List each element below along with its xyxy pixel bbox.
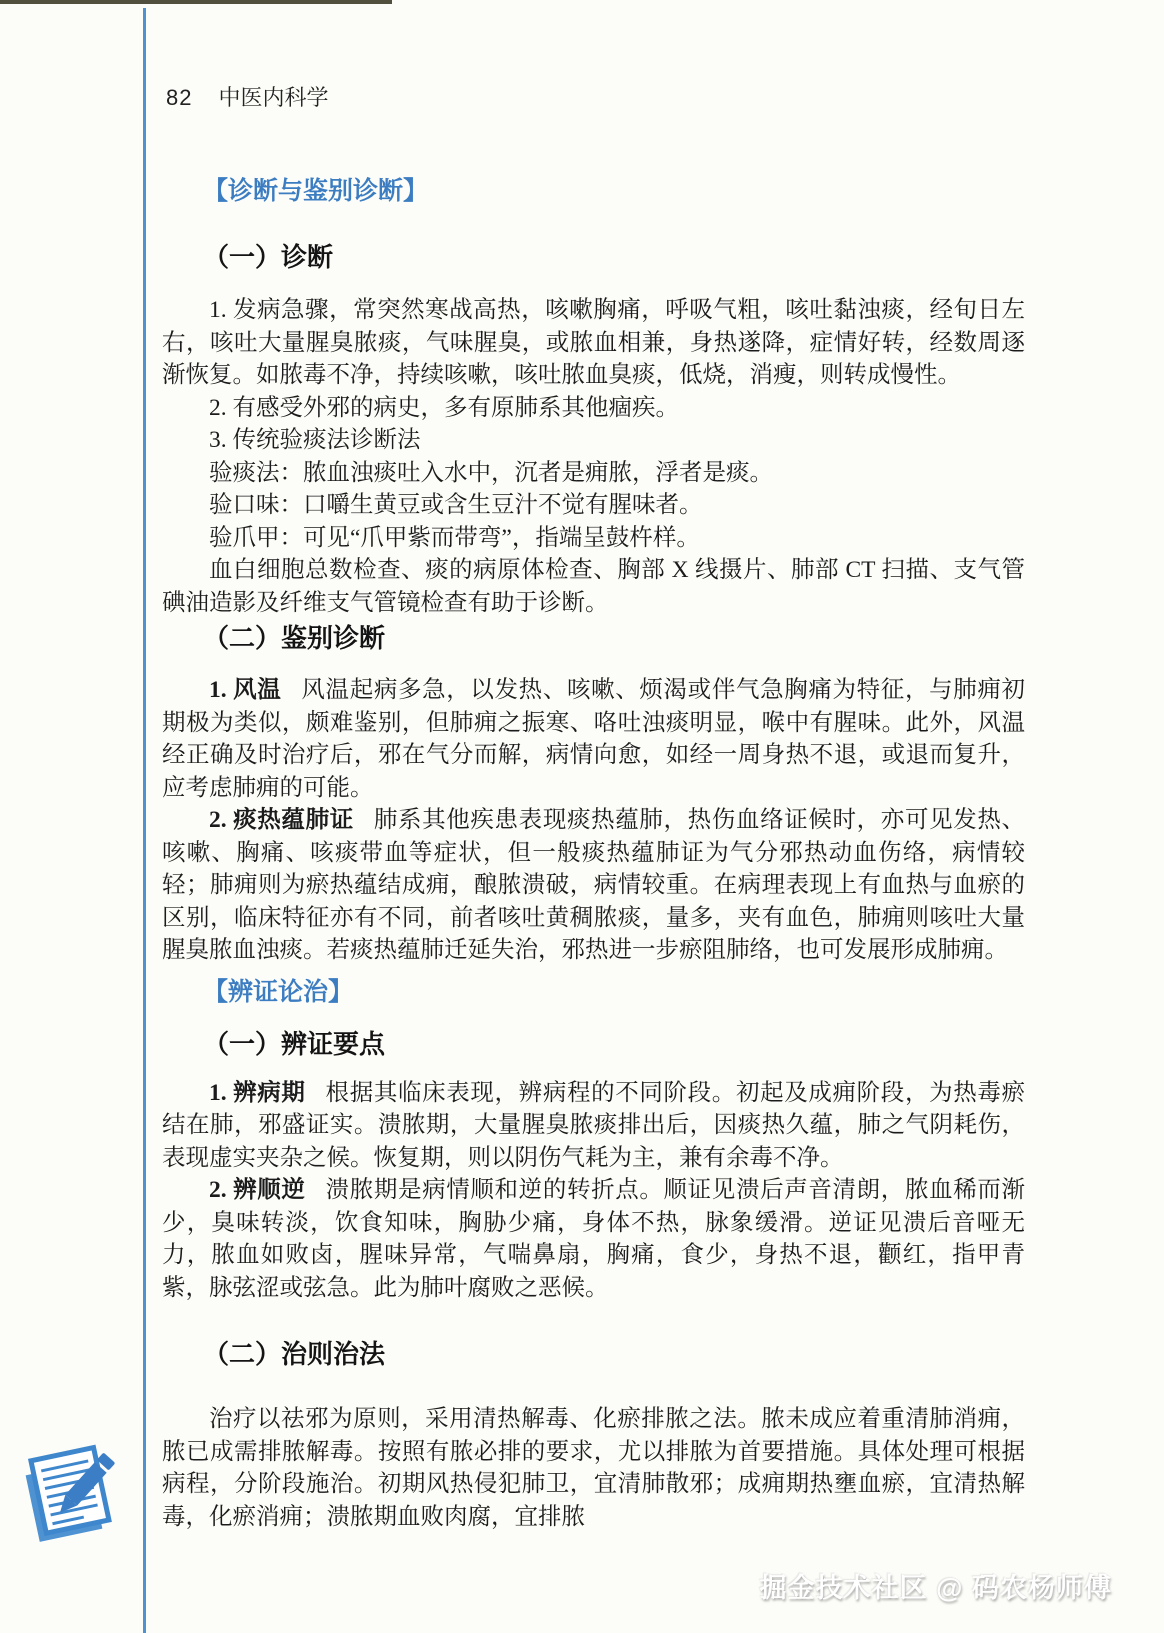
subsection-heading-treatment-principles: （二）治则治法 <box>162 1338 1025 1372</box>
paragraph-lab-exams: 血白细胞总数检查、痰的病原体检查、胸部 X 线摄片、肺部 CT 扫描、支气管碘油… <box>162 554 1025 619</box>
section-heading-syndrome-treatment: 【辨证论治】 <box>162 975 1025 1009</box>
paragraph-treatment: 治疗以祛邪为原则，采用清热解毒、化瘀排脓之法。脓未成应着重清肺消痈，脓已成需排脓… <box>162 1403 1025 1533</box>
paragraph-diagnosis-2: 2. 有感受外邪的病史，多有原肺系其他痼疾。 <box>162 392 1025 425</box>
paragraph-lead: 2. 痰热蕴肺证 <box>209 807 354 833</box>
paragraph-tanre-yunfei: 2. 痰热蕴肺证肺系其他疾患表现痰热蕴肺，热伤血络证候时，亦可见发热、咳嗽、胸痛… <box>162 804 1025 967</box>
paragraph-lead: 2. 辨顺逆 <box>209 1177 306 1203</box>
paragraph-lead: 1. 风温 <box>209 677 281 703</box>
paragraph-diagnosis-3: 3. 传统验痰法诊断法 <box>162 424 1025 457</box>
subsection-heading-syndrome-points: （一）辨证要点 <box>162 1028 1025 1062</box>
subsection-heading-diagnosis: （一）诊断 <box>162 241 1025 275</box>
paragraph-text: 风温起病多急，以发热、咳嗽、烦渴或伴气急胸痛为特征，与肺痈初期极为类似，颇难鉴别… <box>162 677 1025 801</box>
paragraph-taste-test: 验口味：口嚼生黄豆或含生豆汁不觉有腥味者。 <box>162 489 1025 522</box>
paragraph-sputum-test: 验痰法：脓血浊痰吐入水中，沉者是痈脓，浮者是痰。 <box>162 457 1025 490</box>
paragraph-lead: 1. 辨病期 <box>209 1080 306 1106</box>
section-heading-diagnosis-differential: 【诊断与鉴别诊断】 <box>162 174 1025 208</box>
page-number: 82 <box>166 85 192 110</box>
paragraph-diagnosis-1: 1. 发病急骤，常突然寒战高热，咳嗽胸痛，呼吸气粗，咳吐黏浊痰，经旬日左右，咳吐… <box>162 294 1025 392</box>
notebook-pencil-icon <box>22 1436 122 1546</box>
subsection-heading-differential-diagnosis: （二）鉴别诊断 <box>162 622 1025 656</box>
paragraph-fengwen: 1. 风温风温起病多急，以发热、咳嗽、烦渴或伴气急胸痛为特征，与肺痈初期极为类似… <box>162 674 1025 804</box>
page-header: 82中医内科学 <box>162 86 1025 110</box>
book-title: 中医内科学 <box>218 85 328 110</box>
book-page: 82中医内科学 【诊断与鉴别诊断】 （一）诊断 1. 发病急骤，常突然寒战高热，… <box>0 0 1164 1633</box>
paragraph-bian-bingqi: 1. 辨病期根据其临床表现，辨病程的不同阶段。初起及成痈阶段，为热毒瘀结在肺，邪… <box>162 1077 1025 1175</box>
margin-rule <box>143 8 146 1633</box>
page-content: 82中医内科学 【诊断与鉴别诊断】 （一）诊断 1. 发病急骤，常突然寒战高热，… <box>162 0 1025 1533</box>
paragraph-bian-shunni: 2. 辨顺逆溃脓期是病情顺和逆的转折点。顺证见溃后声音清朗，脓血稀而渐少，臭味转… <box>162 1174 1025 1304</box>
paragraph-nail-test: 验爪甲：可见“爪甲紫而带弯”，指端呈鼓杵样。 <box>162 522 1025 555</box>
watermark: 掘金技术社区 @ 码农杨师傅 <box>760 1566 1112 1605</box>
